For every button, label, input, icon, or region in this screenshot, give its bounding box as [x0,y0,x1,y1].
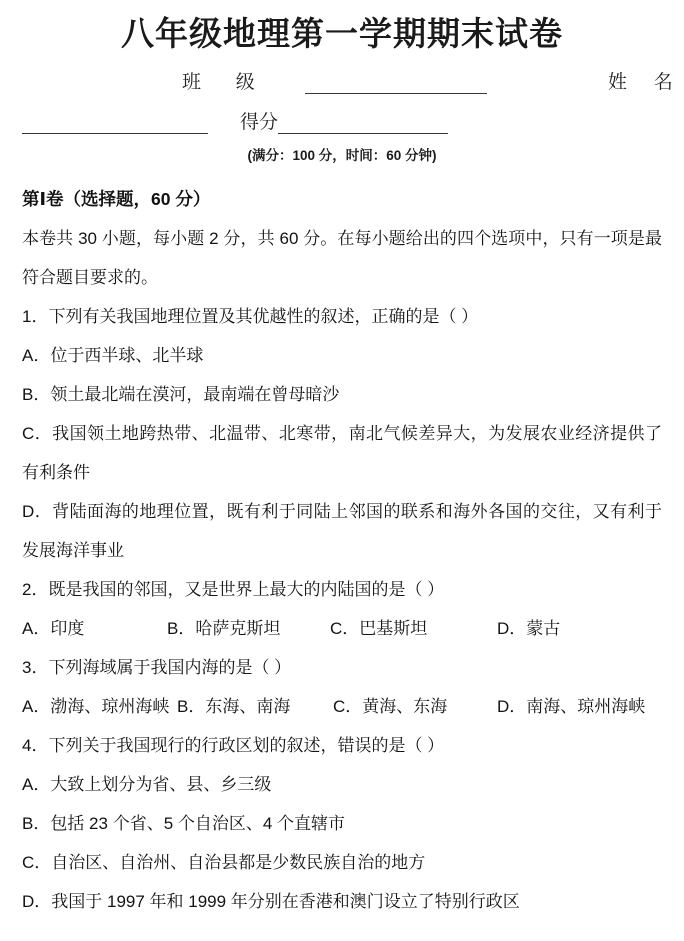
question-3-options: A．渤海、琼州海峡 B．东海、南海 C．黄海、东海 D．南海、琼州海峡 [22,687,662,726]
question-4-option-b: B．包括 23 个省、5 个自治区、4 个直辖市 [22,804,662,843]
question-4-option-a: A．大致上划分为省、县、乡三级 [22,765,662,804]
class-label: 班 级 [182,67,255,94]
question-1-option-b: B．领土最北端在漠河，最南端在曾母暗沙 [22,375,662,414]
name-label: 姓 名 [608,67,673,94]
question-1-stem: 1．下列有关我国地理位置及其优越性的叙述，正确的是（ ） [22,297,662,336]
question-2-option-a: A．印度 [22,609,167,648]
question-3-stem: 3．下列海域属于我国内海的是（ ） [22,648,662,687]
question-3-option-d: D．南海、琼州海峡 [497,687,645,726]
section-intro: 本卷共 30 小题，每小题 2 分，共 60 分。在每小题给出的四个选项中，只有… [22,219,662,297]
exam-page: 八年级地理第一学期期末试卷 班 级 姓 名 得分 (满分：100 分，时间：60… [0,0,684,921]
question-4-option-c: C．自治区、自治州、自治县都是少数民族自治的地方 [22,843,662,882]
question-3-option-c: C．黄海、东海 [333,687,497,726]
question-2-option-b: B．哈萨克斯坦 [167,609,330,648]
question-3-option-a: A．渤海、琼州海峡 [22,687,177,726]
question-1-option-a: A．位于西半球、北半球 [22,336,662,375]
name-blank-line [22,133,208,134]
question-2-option-c: C．巴基斯坦 [330,609,497,648]
score-label: 得分 [240,107,278,134]
question-2-options: A．印度 B．哈萨克斯坦 C．巴基斯坦 D．蒙古 [22,609,662,648]
exam-title: 八年级地理第一学期期末试卷 [22,12,662,58]
class-blank-line [305,93,487,94]
score-blank-line [278,133,448,134]
question-4-option-d: D．我国于 1997 年和 1999 年分别在香港和澳门设立了特别行政区 [22,882,662,921]
header-fields: 班 级 姓 名 得分 [22,58,662,138]
exam-note: (满分：100 分，时间：60 分钟) [22,146,662,166]
question-1-option-d: D．背陆面海的地理位置，既有利于同陆上邻国的联系和海外各国的交往，又有利于发展海… [22,492,662,570]
section-heading: 第Ⅰ卷（选择题，60 分） [22,180,662,219]
question-2-option-d: D．蒙古 [497,609,560,648]
question-1-option-c: C．我国领土地跨热带、北温带、北寒带，南北气候差异大，为发展农业经济提供了有利条… [22,414,662,492]
question-4-stem: 4．下列关于我国现行的行政区划的叙述，错误的是（ ） [22,726,662,765]
question-2-stem: 2．既是我国的邻国，又是世界上最大的内陆国的是（ ） [22,570,662,609]
fields-line-1: 班 级 姓 名 [22,58,662,98]
question-3-option-b: B．东海、南海 [177,687,333,726]
fields-line-2: 得分 [22,98,662,138]
